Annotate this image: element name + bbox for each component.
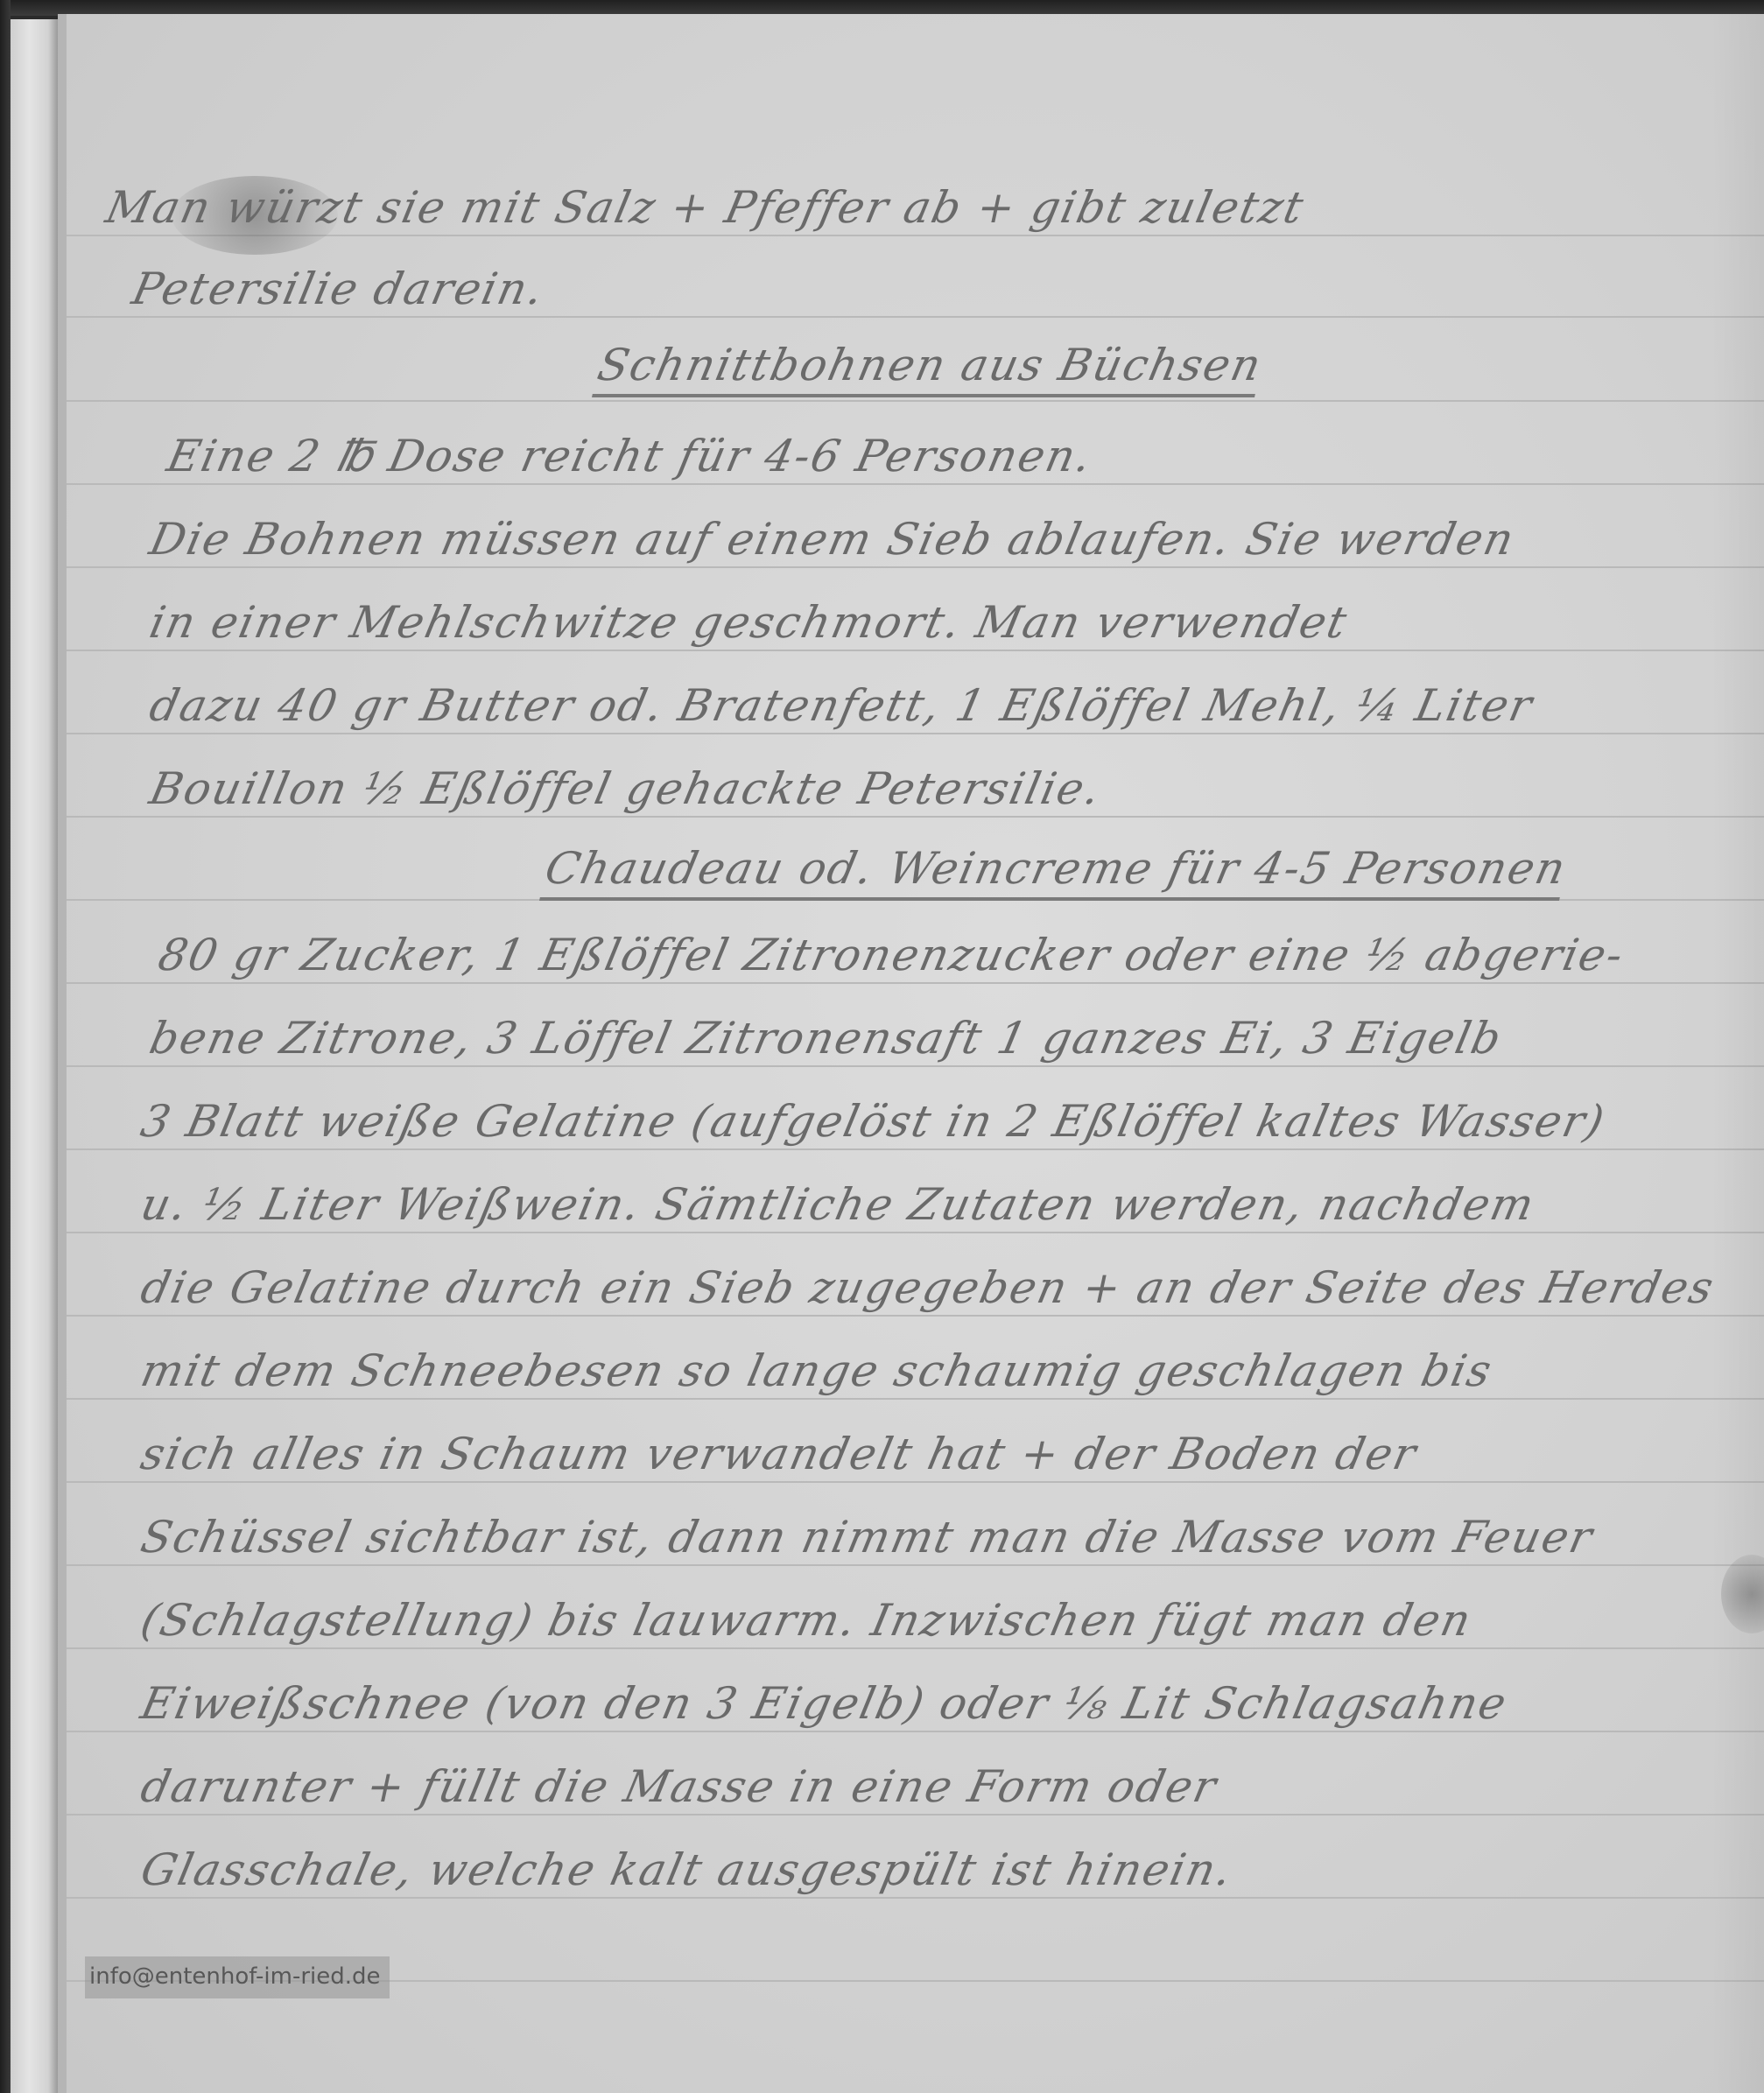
text-line: bene Zitrone, 3 Löffel Zitronensaft 1 ga… xyxy=(145,1013,1507,1064)
text-line: darunter + füllt die Masse in eine Form … xyxy=(137,1761,1222,1812)
text-line: Schüssel sichtbar ist, dann nimmt man di… xyxy=(137,1512,1599,1563)
water-stain xyxy=(1721,1555,1764,1633)
text-line: 80 gr Zucker, 1 Eßlöffel Zitronenzucker … xyxy=(154,930,1629,980)
ruled-line xyxy=(67,1731,1764,1732)
ruled-line xyxy=(67,1315,1764,1317)
spine-strip xyxy=(11,19,58,2093)
text-line: die Gelatine durch ein Sieb zugegeben + … xyxy=(137,1262,1719,1313)
ruled-line xyxy=(67,1148,1764,1150)
ruled-line xyxy=(67,1814,1764,1816)
ruled-line xyxy=(67,316,1764,318)
text-line: mit dem Schneebesen so lange schaumig ge… xyxy=(137,1345,1497,1396)
ruled-line xyxy=(67,1481,1764,1483)
text-line: Bouillon ½ Eßlöffel gehackte Petersilie. xyxy=(145,763,1107,814)
text-line: 3 Blatt weiße Gelatine (aufgelöst in 2 E… xyxy=(137,1096,1610,1147)
ruled-line xyxy=(67,1564,1764,1566)
ruled-line xyxy=(67,1647,1764,1649)
ruled-line xyxy=(67,483,1764,485)
text-line: Man würzt sie mit Salz + Pfeffer ab + gi… xyxy=(102,182,1310,233)
text-line: u. ½ Liter Weißwein. Sämtliche Zutaten w… xyxy=(137,1179,1540,1230)
text-line: Petersilie darein. xyxy=(128,263,549,314)
ruled-line xyxy=(67,1398,1764,1400)
ruled-line xyxy=(67,566,1764,568)
notebook-page: Man würzt sie mit Salz + Pfeffer ab + gi… xyxy=(58,14,1764,2093)
text-line: Glasschale, welche kalt ausgespült ist h… xyxy=(137,1844,1238,1895)
watermark-email: info@entenhof-im-ried.de xyxy=(85,1956,390,1998)
text-line: dazu 40 gr Butter od. Bratenfett, 1 Eßlö… xyxy=(145,680,1538,731)
ruled-line xyxy=(67,1897,1764,1899)
ruled-line xyxy=(67,400,1764,402)
ruled-line xyxy=(67,1232,1764,1233)
recipe-heading: Schnittbohnen aus Büchsen xyxy=(592,340,1267,397)
recipe-heading: Chaudeau od. Weincreme für 4-5 Personen xyxy=(539,843,1571,901)
text-line: (Schlagstellung) bis lauwarm. Inzwischen… xyxy=(137,1595,1477,1646)
text-line: sich alles in Schaum verwandelt hat + de… xyxy=(137,1429,1422,1479)
book-binding xyxy=(0,0,11,2093)
ruled-line xyxy=(67,982,1764,984)
ruled-line xyxy=(67,1065,1764,1067)
text-line: in einer Mehlschwitze geschmort. Man ver… xyxy=(145,597,1353,648)
ruled-line xyxy=(67,733,1764,734)
text-line: Eine 2 ℔ Dose reicht für 4-6 Personen. xyxy=(163,431,1097,481)
ruled-line xyxy=(67,650,1764,651)
text-line: Eiweißschnee (von den 3 Eigelb) oder ⅛ L… xyxy=(137,1678,1512,1729)
text-line: Die Bohnen müssen auf einem Sieb ablaufe… xyxy=(145,514,1520,565)
ruled-line xyxy=(67,816,1764,818)
